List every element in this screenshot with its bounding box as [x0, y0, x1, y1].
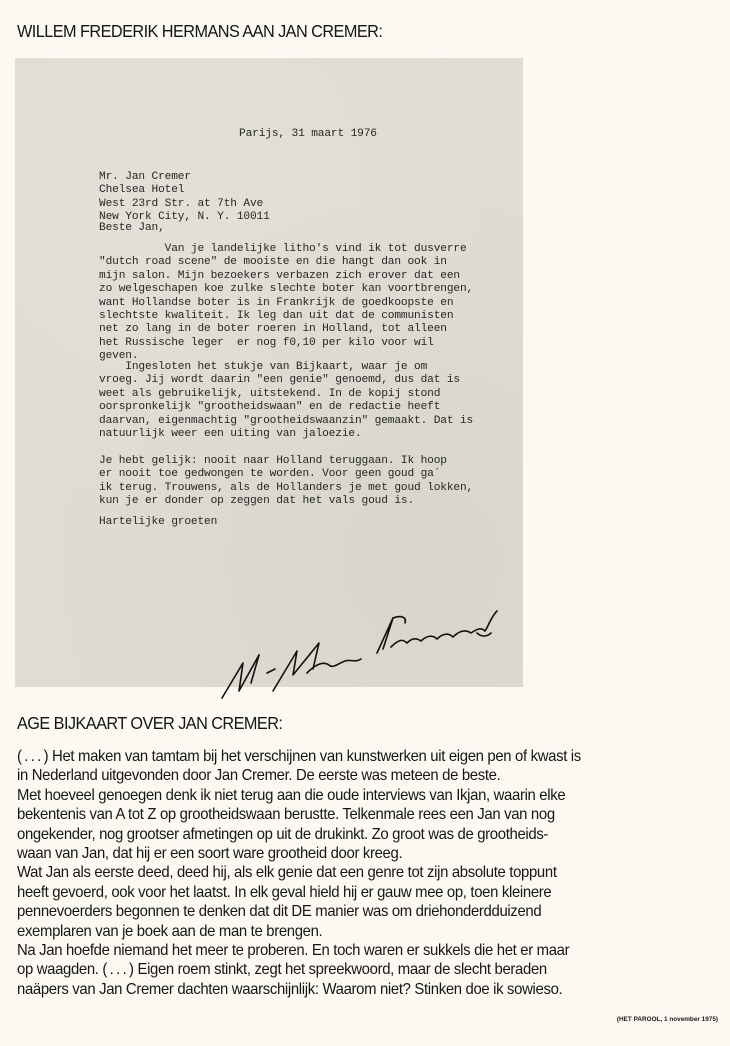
article-line: heeft gevoerd, ook voor het laatst. In e… — [17, 883, 686, 902]
letter-paragraph-2: Ingesloten het stukje van Bijkaart, waar… — [99, 361, 473, 441]
letter-paragraph-3: Je hebt gelijk: nooit naar Holland terug… — [99, 455, 473, 509]
article-line: pennevoerders begonnen te denken dat dit… — [17, 902, 686, 921]
article-body: ( . . . ) Het maken van tamtam bij het v… — [17, 747, 686, 999]
article-line: op waagden. ( . . . ) Eigen roem stinkt,… — [17, 960, 686, 979]
article-line: Na Jan hoefde niemand het meer te prober… — [17, 941, 686, 960]
article-line: in Nederland uitgevonden door Jan Cremer… — [17, 766, 686, 785]
article-line: exemplaren van je boek aan de man te bre… — [17, 922, 686, 941]
letter-paragraph-1: Van je landelijke litho's vind ik tot du… — [99, 243, 473, 364]
article-line: Wat Jan als eerste deed, deed hij, als e… — [17, 863, 686, 882]
article-line: ( . . . ) Het maken van tamtam bij het v… — [17, 747, 686, 766]
letter-date: Parijs, 31 maart 1976 — [239, 128, 377, 141]
article-source-citation: (HET PAROOL, 1 november 1975) — [617, 1016, 718, 1023]
article-line: waan van Jan, dat hij er een soort ware … — [17, 844, 686, 863]
article-line: naäpers van Jan Cremer dachten waarschij… — [17, 980, 686, 999]
letter-address: Mr. Jan Cremer Chelsea Hotel West 23rd S… — [99, 171, 270, 225]
letter-closing: Hartelijke groeten — [99, 516, 217, 529]
signature-image — [215, 603, 505, 713]
article-line: ongekender, nog grootser afmetingen op u… — [17, 825, 686, 844]
letter-salutation: Beste Jan, — [99, 222, 165, 235]
article-line: Met hoeveel genoegen denk ik niet terug … — [17, 786, 686, 805]
article-section-title: AGE BIJKAART OVER JAN CREMER: — [17, 713, 282, 734]
letter-scan: Parijs, 31 maart 1976 Mr. Jan Cremer Che… — [15, 58, 523, 687]
article-line: bekentenis van A tot Z op grootheidswaan… — [17, 805, 686, 824]
letter-section-title: WILLEM FREDERIK HERMANS AAN JAN CREMER: — [17, 21, 382, 42]
